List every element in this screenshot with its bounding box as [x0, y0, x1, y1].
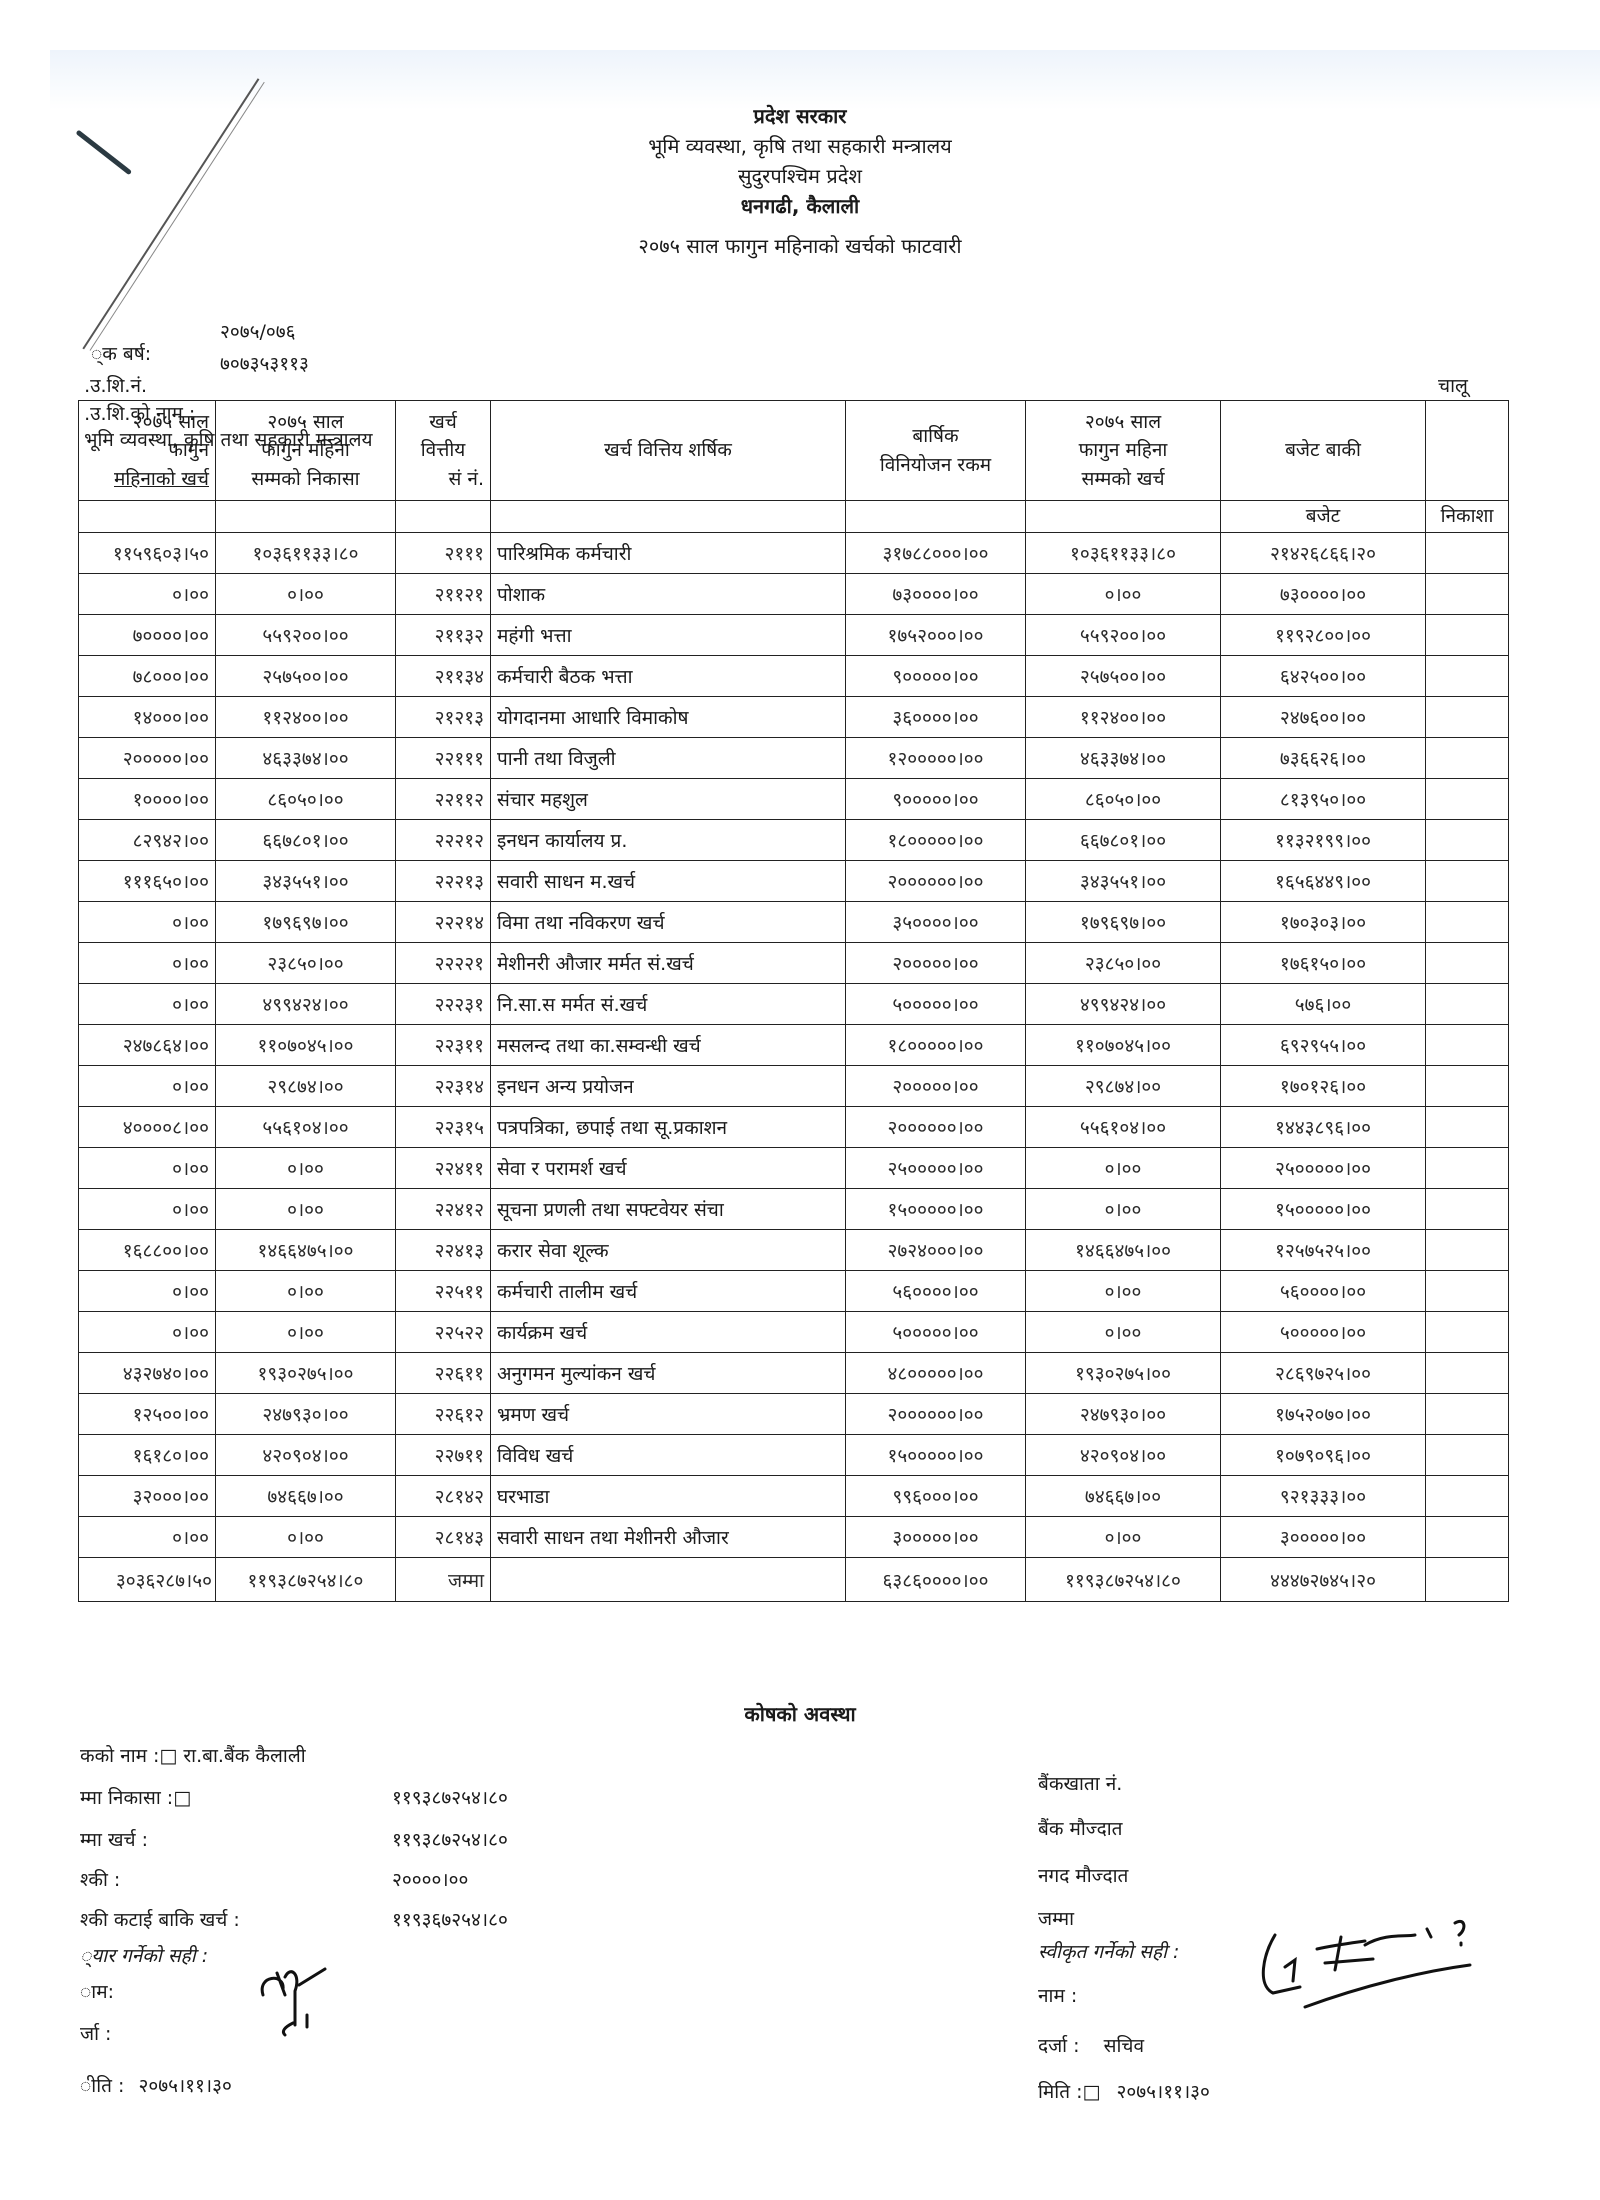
- month-expense-cell: ११५९६०३।५०: [79, 533, 216, 574]
- cumulative-release-cell: ०।००: [216, 1312, 396, 1353]
- release-cell: [1426, 656, 1509, 697]
- col-cumulative-release: २०७५ साल फागुन महिना सम्मको निकासा: [216, 401, 396, 501]
- header-text: २०७५ साल: [85, 408, 209, 437]
- cumulative-release-cell: २५७५००।००: [216, 656, 396, 697]
- code-cell: २२५११: [396, 1271, 491, 1312]
- cumulative-expense-cell: ४९९४२४।००: [1026, 984, 1221, 1025]
- header-text: सम्मको निकासा: [222, 465, 389, 494]
- table-row: १११६५०।००३४३५५१।००२२२१३सवारी साधन म.खर्च…: [79, 861, 1509, 902]
- title-cell: पारिश्रमिक कर्मचारी: [491, 533, 846, 574]
- annual-allocation-cell: ५०००००।००: [846, 1312, 1026, 1353]
- fund-status-label: म्मा खर्च :: [80, 1826, 148, 1852]
- title-cell: संचार महशुल: [491, 779, 846, 820]
- subheader-release: निकाशा: [1426, 501, 1509, 533]
- title-cell: पत्रपत्रिका, छपाई तथा सू.प्रकाशन: [491, 1107, 846, 1148]
- office-code-value: ७०७३५३११३: [220, 350, 309, 376]
- budget-cell: ७३००००।००: [1221, 574, 1426, 615]
- month-expense-cell: ०।००: [79, 574, 216, 615]
- release-cell: [1426, 1107, 1509, 1148]
- month-expense-cell: ०।००: [79, 1066, 216, 1107]
- table-row: ७००००।००५५९२००।००२११३२महंगी भत्ता१७५२०००…: [79, 615, 1509, 656]
- month-expense-cell: ०।००: [79, 1148, 216, 1189]
- fund-status-right-label: जम्मा: [1038, 1905, 1074, 1931]
- header-text: बार्षिक: [852, 422, 1019, 451]
- annual-allocation-cell: ४८०००००।००: [846, 1353, 1026, 1394]
- col-cumulative-expense: २०७५ साल फागुन महिना सम्मको खर्च: [1026, 401, 1221, 501]
- budget-cell: ११९२८००।००: [1221, 615, 1426, 656]
- code-cell: २११३२: [396, 615, 491, 656]
- table-row: ८२९४२।००६६७८०१।००२२२१२इनधन कार्यालय प्र.…: [79, 820, 1509, 861]
- fund-status-value: २००००।००: [392, 1866, 468, 1892]
- header-text: फागुन: [85, 436, 209, 465]
- cumulative-expense-cell: १९३०२७५।००: [1026, 1353, 1221, 1394]
- release-cell: [1426, 1025, 1509, 1066]
- title-cell: करार सेवा शूल्क: [491, 1230, 846, 1271]
- cumulative-expense-cell: ६६७८०१।००: [1026, 820, 1221, 861]
- annual-allocation-cell: २५०००००।००: [846, 1148, 1026, 1189]
- table-row: ११५९६०३।५०१०३६११३३।८०२१११पारिश्रमिक कर्म…: [79, 533, 1509, 574]
- header-text: २०७५ साल: [1032, 408, 1214, 437]
- table-row: ७८०००।००२५७५००।००२११३४कर्मचारी बैठक भत्त…: [79, 656, 1509, 697]
- code-cell: २२१११: [396, 738, 491, 779]
- approver-name-label: नाम :: [1038, 1982, 1077, 2008]
- table-row: ०।०००।००२२४१२सूचना प्रणली तथा सफ्टवेयर स…: [79, 1189, 1509, 1230]
- annual-allocation-cell: १७५२०००।००: [846, 615, 1026, 656]
- release-cell: [1426, 697, 1509, 738]
- cumulative-expense-cell: १७९६९७।००: [1026, 902, 1221, 943]
- month-expense-cell: १६८८००।००: [79, 1230, 216, 1271]
- cumulative-release-cell: ११२४००।००: [216, 697, 396, 738]
- title-cell: कार्यक्रम खर्च: [491, 1312, 846, 1353]
- table-row: २०००००।००४६३३७४।००२२१११पानी तथा विजुली१२…: [79, 738, 1509, 779]
- annual-allocation-cell: २०००००।००: [846, 943, 1026, 984]
- table-row: ०।००४९९४२४।००२२२३१नि.सा.स मर्मत सं.खर्च५…: [79, 984, 1509, 1025]
- cumulative-expense-cell: ७४६६७।००: [1026, 1476, 1221, 1517]
- fund-status-value: ११९३८७२५४।८०: [392, 1826, 508, 1852]
- title-cell: मसलन्द तथा का.सम्वन्धी खर्च: [491, 1025, 846, 1066]
- fund-status-right-label: बैंकखाता नं.: [1038, 1770, 1122, 1796]
- fund-status-right-label: बैंक मौज्दात: [1038, 1815, 1122, 1841]
- document-title: २०७५ साल फागुन महिनाको खर्चको फाटवारी: [0, 232, 1600, 259]
- fund-status-title: कोषको अवस्था: [0, 1700, 1600, 1727]
- annual-allocation-cell: १५०००००।००: [846, 1189, 1026, 1230]
- cumulative-release-cell: ५५६१०४।००: [216, 1107, 396, 1148]
- location: धनगढी, कैलाली: [0, 192, 1600, 219]
- header-text: सम्मको खर्च: [1032, 465, 1214, 494]
- cumulative-release-cell: ०।००: [216, 1148, 396, 1189]
- approver-signature: [1255, 1915, 1485, 2010]
- preparer-date-value: २०७५।११।३०: [138, 2075, 231, 2097]
- cumulative-expense-cell: ०।००: [1026, 1148, 1221, 1189]
- month-expense-cell: १४०००।००: [79, 697, 216, 738]
- table-row: ०।००२३८५०।००२२२२१मेशीनरी औजार मर्मत सं.ख…: [79, 943, 1509, 984]
- cumulative-expense-cell: ४२०९०४।००: [1026, 1435, 1221, 1476]
- table-row: ३२०००।००७४६६७।००२८१४२घरभाडा९९६०००।००७४६६…: [79, 1476, 1509, 1517]
- annual-allocation-cell: ९०००००।००: [846, 779, 1026, 820]
- annual-allocation-cell: ५०००००।००: [846, 984, 1026, 1025]
- code-cell: २२६१२: [396, 1394, 491, 1435]
- header-text: महिनाको खर्च: [85, 465, 209, 494]
- fund-status-label: श्की :: [80, 1866, 120, 1892]
- header-text: सं नं.: [402, 465, 484, 494]
- cumulative-expense-cell: २३८५०।००: [1026, 943, 1221, 984]
- budget-cell: २५०००००।००: [1221, 1148, 1426, 1189]
- total-release: [1426, 1558, 1509, 1602]
- month-expense-cell: ०।००: [79, 984, 216, 1025]
- budget-cell: ११३२१९९।००: [1221, 820, 1426, 861]
- budget-cell: २१४२६८६६।२०: [1221, 533, 1426, 574]
- budget-cell: १७०३०३।००: [1221, 902, 1426, 943]
- month-expense-cell: ४००००८।००: [79, 1107, 216, 1148]
- code-cell: २२४१२: [396, 1189, 491, 1230]
- cumulative-release-cell: ०।००: [216, 574, 396, 615]
- cumulative-release-cell: ४६३३७४।००: [216, 738, 396, 779]
- subheader-empty: [846, 501, 1026, 533]
- month-expense-cell: ४३२७४०।००: [79, 1353, 216, 1394]
- month-expense-cell: १००००।००: [79, 779, 216, 820]
- title-cell: कर्मचारी बैठक भत्ता: [491, 656, 846, 697]
- table-row: १२५००।००२४७९३०।००२२६१२भ्रमण खर्च२००००००।…: [79, 1394, 1509, 1435]
- budget-cell: १४४३८९६।००: [1221, 1107, 1426, 1148]
- code-cell: २११३४: [396, 656, 491, 697]
- title-cell: सेवा र परामर्श खर्च: [491, 1148, 846, 1189]
- annual-allocation-cell: १५०००००।००: [846, 1435, 1026, 1476]
- annual-allocation-cell: १८०००००।००: [846, 820, 1026, 861]
- total-budget: ४४४७२७४५।२०: [1221, 1558, 1426, 1602]
- month-expense-cell: ०।००: [79, 943, 216, 984]
- cumulative-release-cell: १७९६९७।००: [216, 902, 396, 943]
- month-expense-cell: ०।००: [79, 1271, 216, 1312]
- cumulative-release-cell: ११०७०४५।००: [216, 1025, 396, 1066]
- title-cell: योगदानमा आधारि विमाकोष: [491, 697, 846, 738]
- subheader-empty: [396, 501, 491, 533]
- cumulative-release-cell: ०।००: [216, 1189, 396, 1230]
- annual-allocation-cell: ३६००००।००: [846, 697, 1026, 738]
- budget-cell: ५६००००।००: [1221, 1271, 1426, 1312]
- table-row: १४०००।००११२४००।००२१२१३योगदानमा आधारि विम…: [79, 697, 1509, 738]
- release-cell: [1426, 1353, 1509, 1394]
- subheader-empty: [79, 501, 216, 533]
- cumulative-expense-cell: ५५९२००।००: [1026, 615, 1221, 656]
- cumulative-expense-cell: २५७५००।००: [1026, 656, 1221, 697]
- col-budget-remaining: बजेट बाकी: [1221, 401, 1426, 501]
- cumulative-release-cell: ५५९२००।००: [216, 615, 396, 656]
- budget-cell: ८१३९५०।००: [1221, 779, 1426, 820]
- col-blank: [1426, 401, 1509, 501]
- budget-cell: ५७६।००: [1221, 984, 1426, 1025]
- budget-cell: १०७९०९६।००: [1221, 1435, 1426, 1476]
- budget-cell: २४७६००।००: [1221, 697, 1426, 738]
- table-row: ०।०००।००२११२१पोशाक७३००००।०००।००७३००००।००: [79, 574, 1509, 615]
- annual-allocation-cell: ३०००००।००: [846, 1517, 1026, 1558]
- month-expense-cell: १६१८०।००: [79, 1435, 216, 1476]
- ministry-name: भूमि व्यवस्था, कृषि तथा सहकारी मन्त्रालय: [0, 132, 1600, 159]
- code-cell: २११२१: [396, 574, 491, 615]
- government-name: प्रदेश सरकार: [0, 102, 1600, 129]
- title-cell: विविध खर्च: [491, 1435, 846, 1476]
- budget-cell: ७३६६२६।००: [1221, 738, 1426, 779]
- table-row: २४७८६४।००११०७०४५।००२२३११मसलन्द तथा का.सम…: [79, 1025, 1509, 1066]
- month-expense-cell: ०।००: [79, 1312, 216, 1353]
- release-cell: [1426, 1230, 1509, 1271]
- table-row: १६१८०।००४२०९०४।००२२७११विविध खर्च१५०००००।…: [79, 1435, 1509, 1476]
- annual-allocation-cell: २००००००।००: [846, 1107, 1026, 1148]
- budget-cell: ६४२५००।००: [1221, 656, 1426, 697]
- preparer-post-label: र्जा :: [80, 2020, 111, 2046]
- cumulative-release-cell: ६६७८०१।००: [216, 820, 396, 861]
- table-row: ०।०००।००२२४११सेवा र परामर्श खर्च२५०००००।…: [79, 1148, 1509, 1189]
- title-cell: अनुगमन मुल्यांकन खर्च: [491, 1353, 846, 1394]
- budget-cell: ३०००००।००: [1221, 1517, 1426, 1558]
- release-cell: [1426, 902, 1509, 943]
- subheader-empty: [1026, 501, 1221, 533]
- month-expense-cell: ७००००।००: [79, 615, 216, 656]
- release-cell: [1426, 1148, 1509, 1189]
- annual-allocation-cell: ५६००००।००: [846, 1271, 1026, 1312]
- release-cell: [1426, 1189, 1509, 1230]
- fund-status-label: कको नाम :□ रा.बा.बैंक कैलाली: [80, 1742, 306, 1768]
- fund-status-value: ११९३६७२५४।८०: [392, 1906, 508, 1932]
- budget-cell: ५०००००।००: [1221, 1312, 1426, 1353]
- table-row: १६८८००।००१४६६४७५।००२२४१३करार सेवा शूल्क२…: [79, 1230, 1509, 1271]
- cumulative-release-cell: १०३६११३३।८०: [216, 533, 396, 574]
- fund-status-right-label: नगद मौज्दात: [1038, 1862, 1128, 1888]
- budget-cell: १२५७५२५।००: [1221, 1230, 1426, 1271]
- title-cell: नि.सा.स मर्मत सं.खर्च: [491, 984, 846, 1025]
- title-cell: महंगी भत्ता: [491, 615, 846, 656]
- annual-allocation-cell: ९९६०००।००: [846, 1476, 1026, 1517]
- header-text: २०७५ साल: [222, 408, 389, 437]
- fund-status-label: म्मा निकासा :□: [80, 1784, 191, 1810]
- month-expense-cell: ०।००: [79, 902, 216, 943]
- approver-date-label: मिति :□: [1038, 2081, 1100, 2103]
- cumulative-expense-cell: ८६०५०।००: [1026, 779, 1221, 820]
- approver-post-value: सचिव: [1104, 2035, 1144, 2057]
- budget-cell: १५०००००।००: [1221, 1189, 1426, 1230]
- header-text: विनियोजन रकम: [852, 451, 1019, 480]
- cumulative-expense-cell: ४६३३७४।००: [1026, 738, 1221, 779]
- code-cell: २२३१४: [396, 1066, 491, 1107]
- release-cell: [1426, 574, 1509, 615]
- release-cell: [1426, 1435, 1509, 1476]
- approver-caption: स्वीकृत गर्नेको सही :: [1038, 1938, 1179, 1964]
- annual-allocation-cell: १८०००००।००: [846, 1025, 1026, 1066]
- preparer-name-label: ाम:: [80, 1978, 114, 2004]
- total-row: ३०३६२८७।५० ११९३८७२५४।८० जम्मा ६३८६००००।०…: [79, 1558, 1509, 1602]
- cumulative-release-cell: ०।००: [216, 1517, 396, 1558]
- code-cell: २८१४२: [396, 1476, 491, 1517]
- preparer-date: ीति : २०७५।११।३०: [80, 2072, 232, 2098]
- fund-status-value: ११९३८७२५४।८०: [392, 1784, 508, 1810]
- annual-allocation-cell: २०००००।००: [846, 1066, 1026, 1107]
- annual-allocation-cell: ९०००००।००: [846, 656, 1026, 697]
- subheader-empty: [491, 501, 846, 533]
- month-expense-cell: ०।००: [79, 1517, 216, 1558]
- cumulative-expense-cell: ३४३५५१।००: [1026, 861, 1221, 902]
- release-cell: [1426, 738, 1509, 779]
- release-cell: [1426, 615, 1509, 656]
- budget-cell: १७६१५०।००: [1221, 943, 1426, 984]
- header-text: वित्तीय: [402, 436, 484, 465]
- budget-cell: ६९२९५५।००: [1221, 1025, 1426, 1066]
- release-cell: [1426, 943, 1509, 984]
- title-cell: इनधन कार्यालय प्र.: [491, 820, 846, 861]
- release-cell: [1426, 1476, 1509, 1517]
- annual-allocation-cell: ३५००००।००: [846, 902, 1026, 943]
- month-expense-cell: ०।००: [79, 1189, 216, 1230]
- table-row: १००००।००८६०५०।००२२११२संचार महशुल९०००००।०…: [79, 779, 1509, 820]
- code-cell: २२४११: [396, 1148, 491, 1189]
- table-row: ४००००८।००५५६१०४।००२२३१५पत्रपत्रिका, छपाई…: [79, 1107, 1509, 1148]
- title-cell: सवारी साधन तथा मेशीनरी औजार: [491, 1517, 846, 1558]
- col-title: खर्च वित्तिय शर्षिक: [491, 401, 846, 501]
- month-expense-cell: २०००००।००: [79, 738, 216, 779]
- budget-cell: १६५६४४९।००: [1221, 861, 1426, 902]
- total-label: जम्मा: [396, 1558, 491, 1602]
- approver-date-value: २०७५।११।३०: [1116, 2081, 1209, 2103]
- title-cell: पोशाक: [491, 574, 846, 615]
- release-cell: [1426, 861, 1509, 902]
- col-month-expense: २०७५ साल फागुन महिनाको खर्च: [79, 401, 216, 501]
- code-cell: २१२१३: [396, 697, 491, 738]
- release-cell: [1426, 1066, 1509, 1107]
- cumulative-expense-cell: १०३६११३३।८०: [1026, 533, 1221, 574]
- code-cell: २२२२१: [396, 943, 491, 984]
- cumulative-expense-cell: ०।००: [1026, 1189, 1221, 1230]
- cumulative-expense-cell: ०।००: [1026, 1271, 1221, 1312]
- fund-status-label: श्की कटाई बाकि खर्च :: [80, 1906, 240, 1932]
- release-cell: [1426, 1394, 1509, 1435]
- title-cell: भ्रमण खर्च: [491, 1394, 846, 1435]
- header-text: फागुन महिना: [1032, 436, 1214, 465]
- total-cumulative-expense: ११९३८७२५४।८०: [1026, 1558, 1221, 1602]
- release-cell: [1426, 1271, 1509, 1312]
- code-cell: २२२३१: [396, 984, 491, 1025]
- fiscal-year-value: २०७५/०७६: [220, 318, 296, 344]
- cumulative-expense-cell: २४७९३०।००: [1026, 1394, 1221, 1435]
- total-title-empty: [491, 1558, 846, 1602]
- cumulative-release-cell: २३८५०।००: [216, 943, 396, 984]
- code-cell: २२३१५: [396, 1107, 491, 1148]
- title-cell: कर्मचारी तालीम खर्च: [491, 1271, 846, 1312]
- title-cell: सवारी साधन म.खर्च: [491, 861, 846, 902]
- annual-allocation-cell: ७३००००।००: [846, 574, 1026, 615]
- code-cell: २२७११: [396, 1435, 491, 1476]
- title-cell: सूचना प्रणली तथा सफ्टवेयर संचा: [491, 1189, 846, 1230]
- budget-cell: ९२१३३३।००: [1221, 1476, 1426, 1517]
- table-row: ०।००१७९६९७।००२२२१४विमा तथा नविकरण खर्च३५…: [79, 902, 1509, 943]
- preparer-signature: [255, 1965, 365, 2045]
- status-label: चालू: [1438, 372, 1468, 398]
- release-cell: [1426, 1312, 1509, 1353]
- total-cumulative-release: ११९३८७२५४।८०: [216, 1558, 396, 1602]
- annual-allocation-cell: २००००००।००: [846, 861, 1026, 902]
- total-annual-allocation: ६३८६००००।००: [846, 1558, 1026, 1602]
- code-cell: २२२१४: [396, 902, 491, 943]
- annual-allocation-cell: १२०००००।००: [846, 738, 1026, 779]
- title-cell: इनधन अन्य प्रयोजन: [491, 1066, 846, 1107]
- annual-allocation-cell: २००००००।००: [846, 1394, 1026, 1435]
- month-expense-cell: १११६५०।००: [79, 861, 216, 902]
- table-row: ०।०००।००२२५२२कार्यक्रम खर्च५०००००।०००।००…: [79, 1312, 1509, 1353]
- cumulative-expense-cell: २९८७४।००: [1026, 1066, 1221, 1107]
- title-cell: विमा तथा नविकरण खर्च: [491, 902, 846, 943]
- header-text: फागुन महिना: [222, 436, 389, 465]
- approver-post-label: दर्जा :: [1038, 2035, 1080, 2057]
- release-cell: [1426, 820, 1509, 861]
- title-cell: पानी तथा विजुली: [491, 738, 846, 779]
- code-cell: २२५२२: [396, 1312, 491, 1353]
- total-month-expense: ३०३६२८७।५०: [79, 1558, 216, 1602]
- title-cell: मेशीनरी औजार मर्मत सं.खर्च: [491, 943, 846, 984]
- cumulative-release-cell: १४६६४७५।००: [216, 1230, 396, 1271]
- col-code: खर्च वित्तीय सं नं.: [396, 401, 491, 501]
- cumulative-release-cell: १९३०२७५।००: [216, 1353, 396, 1394]
- cumulative-expense-cell: १४६६४७५।००: [1026, 1230, 1221, 1271]
- col-annual-allocation: बार्षिक विनियोजन रकम: [846, 401, 1026, 501]
- cumulative-expense-cell: ०।००: [1026, 1517, 1221, 1558]
- annual-allocation-cell: २७२४०००।००: [846, 1230, 1026, 1271]
- subheader-budget: बजेट: [1221, 501, 1426, 533]
- header-text: खर्च: [402, 408, 484, 437]
- annual-allocation-cell: ३१७८८०००।००: [846, 533, 1026, 574]
- approver-post: दर्जा : सचिव: [1038, 2032, 1144, 2058]
- code-cell: २२११२: [396, 779, 491, 820]
- cumulative-expense-cell: ५५६१०४।००: [1026, 1107, 1221, 1148]
- budget-cell: १७५२०७०।००: [1221, 1394, 1426, 1435]
- expense-table: २०७५ साल फागुन महिनाको खर्च २०७५ साल फाग…: [78, 400, 1509, 1602]
- subheader-empty: [216, 501, 396, 533]
- code-cell: २१११: [396, 533, 491, 574]
- release-cell: [1426, 533, 1509, 574]
- release-cell: [1426, 984, 1509, 1025]
- table-row: ०।००२९८७४।००२२३१४इनधन अन्य प्रयोजन२०००००…: [79, 1066, 1509, 1107]
- month-expense-cell: २४७८६४।००: [79, 1025, 216, 1066]
- cumulative-release-cell: २९८७४।००: [216, 1066, 396, 1107]
- month-expense-cell: ८२९४२।००: [79, 820, 216, 861]
- table-row: ४३२७४०।००१९३०२७५।००२२६११अनुगमन मुल्यांकन…: [79, 1353, 1509, 1394]
- cumulative-expense-cell: ११०७०४५।००: [1026, 1025, 1221, 1066]
- preparer-caption: ्यार गर्नेको सही :: [80, 1942, 208, 1968]
- cumulative-release-cell: ४२०९०४।००: [216, 1435, 396, 1476]
- cumulative-release-cell: ८६०५०।००: [216, 779, 396, 820]
- code-cell: २२३११: [396, 1025, 491, 1066]
- cumulative-release-cell: २४७९३०।००: [216, 1394, 396, 1435]
- release-cell: [1426, 1517, 1509, 1558]
- cumulative-release-cell: ३४३५५१।००: [216, 861, 396, 902]
- code-cell: २२२१३: [396, 861, 491, 902]
- month-expense-cell: १२५००।००: [79, 1394, 216, 1435]
- cumulative-expense-cell: ०।००: [1026, 1312, 1221, 1353]
- budget-cell: २८६९७२५।००: [1221, 1353, 1426, 1394]
- title-cell: घरभाडा: [491, 1476, 846, 1517]
- table-row: ०।०००।००२२५११कर्मचारी तालीम खर्च५६००००।०…: [79, 1271, 1509, 1312]
- code-cell: २२६११: [396, 1353, 491, 1394]
- month-expense-cell: ३२०००।००: [79, 1476, 216, 1517]
- approver-date: मिति :□ २०७५।११।३०: [1038, 2078, 1210, 2104]
- cumulative-release-cell: ०।००: [216, 1271, 396, 1312]
- cumulative-expense-cell: ११२४००।००: [1026, 697, 1221, 738]
- code-cell: २२४१३: [396, 1230, 491, 1271]
- code-cell: २२२१२: [396, 820, 491, 861]
- cumulative-release-cell: ७४६६७।००: [216, 1476, 396, 1517]
- preparer-date-label: ीति :: [80, 2075, 124, 2097]
- budget-cell: १७०१२६।००: [1221, 1066, 1426, 1107]
- cumulative-expense-cell: ०।००: [1026, 574, 1221, 615]
- month-expense-cell: ७८०००।००: [79, 656, 216, 697]
- table-row: ०।०००।००२८१४३सवारी साधन तथा मेशीनरी औजार…: [79, 1517, 1509, 1558]
- cumulative-release-cell: ४९९४२४।००: [216, 984, 396, 1025]
